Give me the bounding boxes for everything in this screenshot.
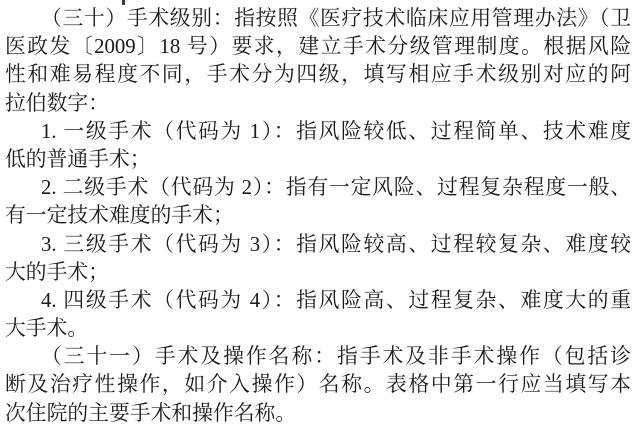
text-line: 断及治疗性操作，如介入操作）名称。表格中第一行应当填写本 <box>5 371 631 399</box>
text-line: （三十一）手术及操作名称：指手术及非手术操作（包括诊 <box>5 343 631 371</box>
text-line: 有一定技术难度的手术； <box>5 202 631 230</box>
text-line: 性和难易程度不同，手术分为四级，填写相应手术级别对应的阿 <box>5 61 631 89</box>
text-line: 3. 三级手术（代码为 3）：指风险较高、过程较复杂、难度较 <box>5 231 631 259</box>
text-line: 2. 二级手术（代码为 2）：指有一定风险、过程复杂程度一般、 <box>5 174 631 202</box>
text-line: 次住院的主要手术和操作名称。 <box>5 400 631 426</box>
text-line: 医政发〔2009〕18 号）要求，建立手术分级管理制度。根据风险 <box>5 33 631 61</box>
text-line: 低的普通手术； <box>5 146 631 174</box>
text-line: 大的手术； <box>5 259 631 287</box>
document-page: （三十）手术级别：指按照《医疗技术临床应用管理办法》（卫 医政发〔2009〕18… <box>0 0 635 426</box>
text-line: 4. 四级手术（代码为 4）：指风险高、过程复杂、难度大的重 <box>5 287 631 315</box>
text-line: 拉伯数字： <box>5 90 631 118</box>
text-line: 1. 一级手术（代码为 1）：指风险较低、过程简单、技术难度 <box>5 118 631 146</box>
text-line: （三十）手术级别：指按照《医疗技术临床应用管理办法》（卫 <box>5 5 631 33</box>
text-line: 大手术。 <box>5 315 631 343</box>
